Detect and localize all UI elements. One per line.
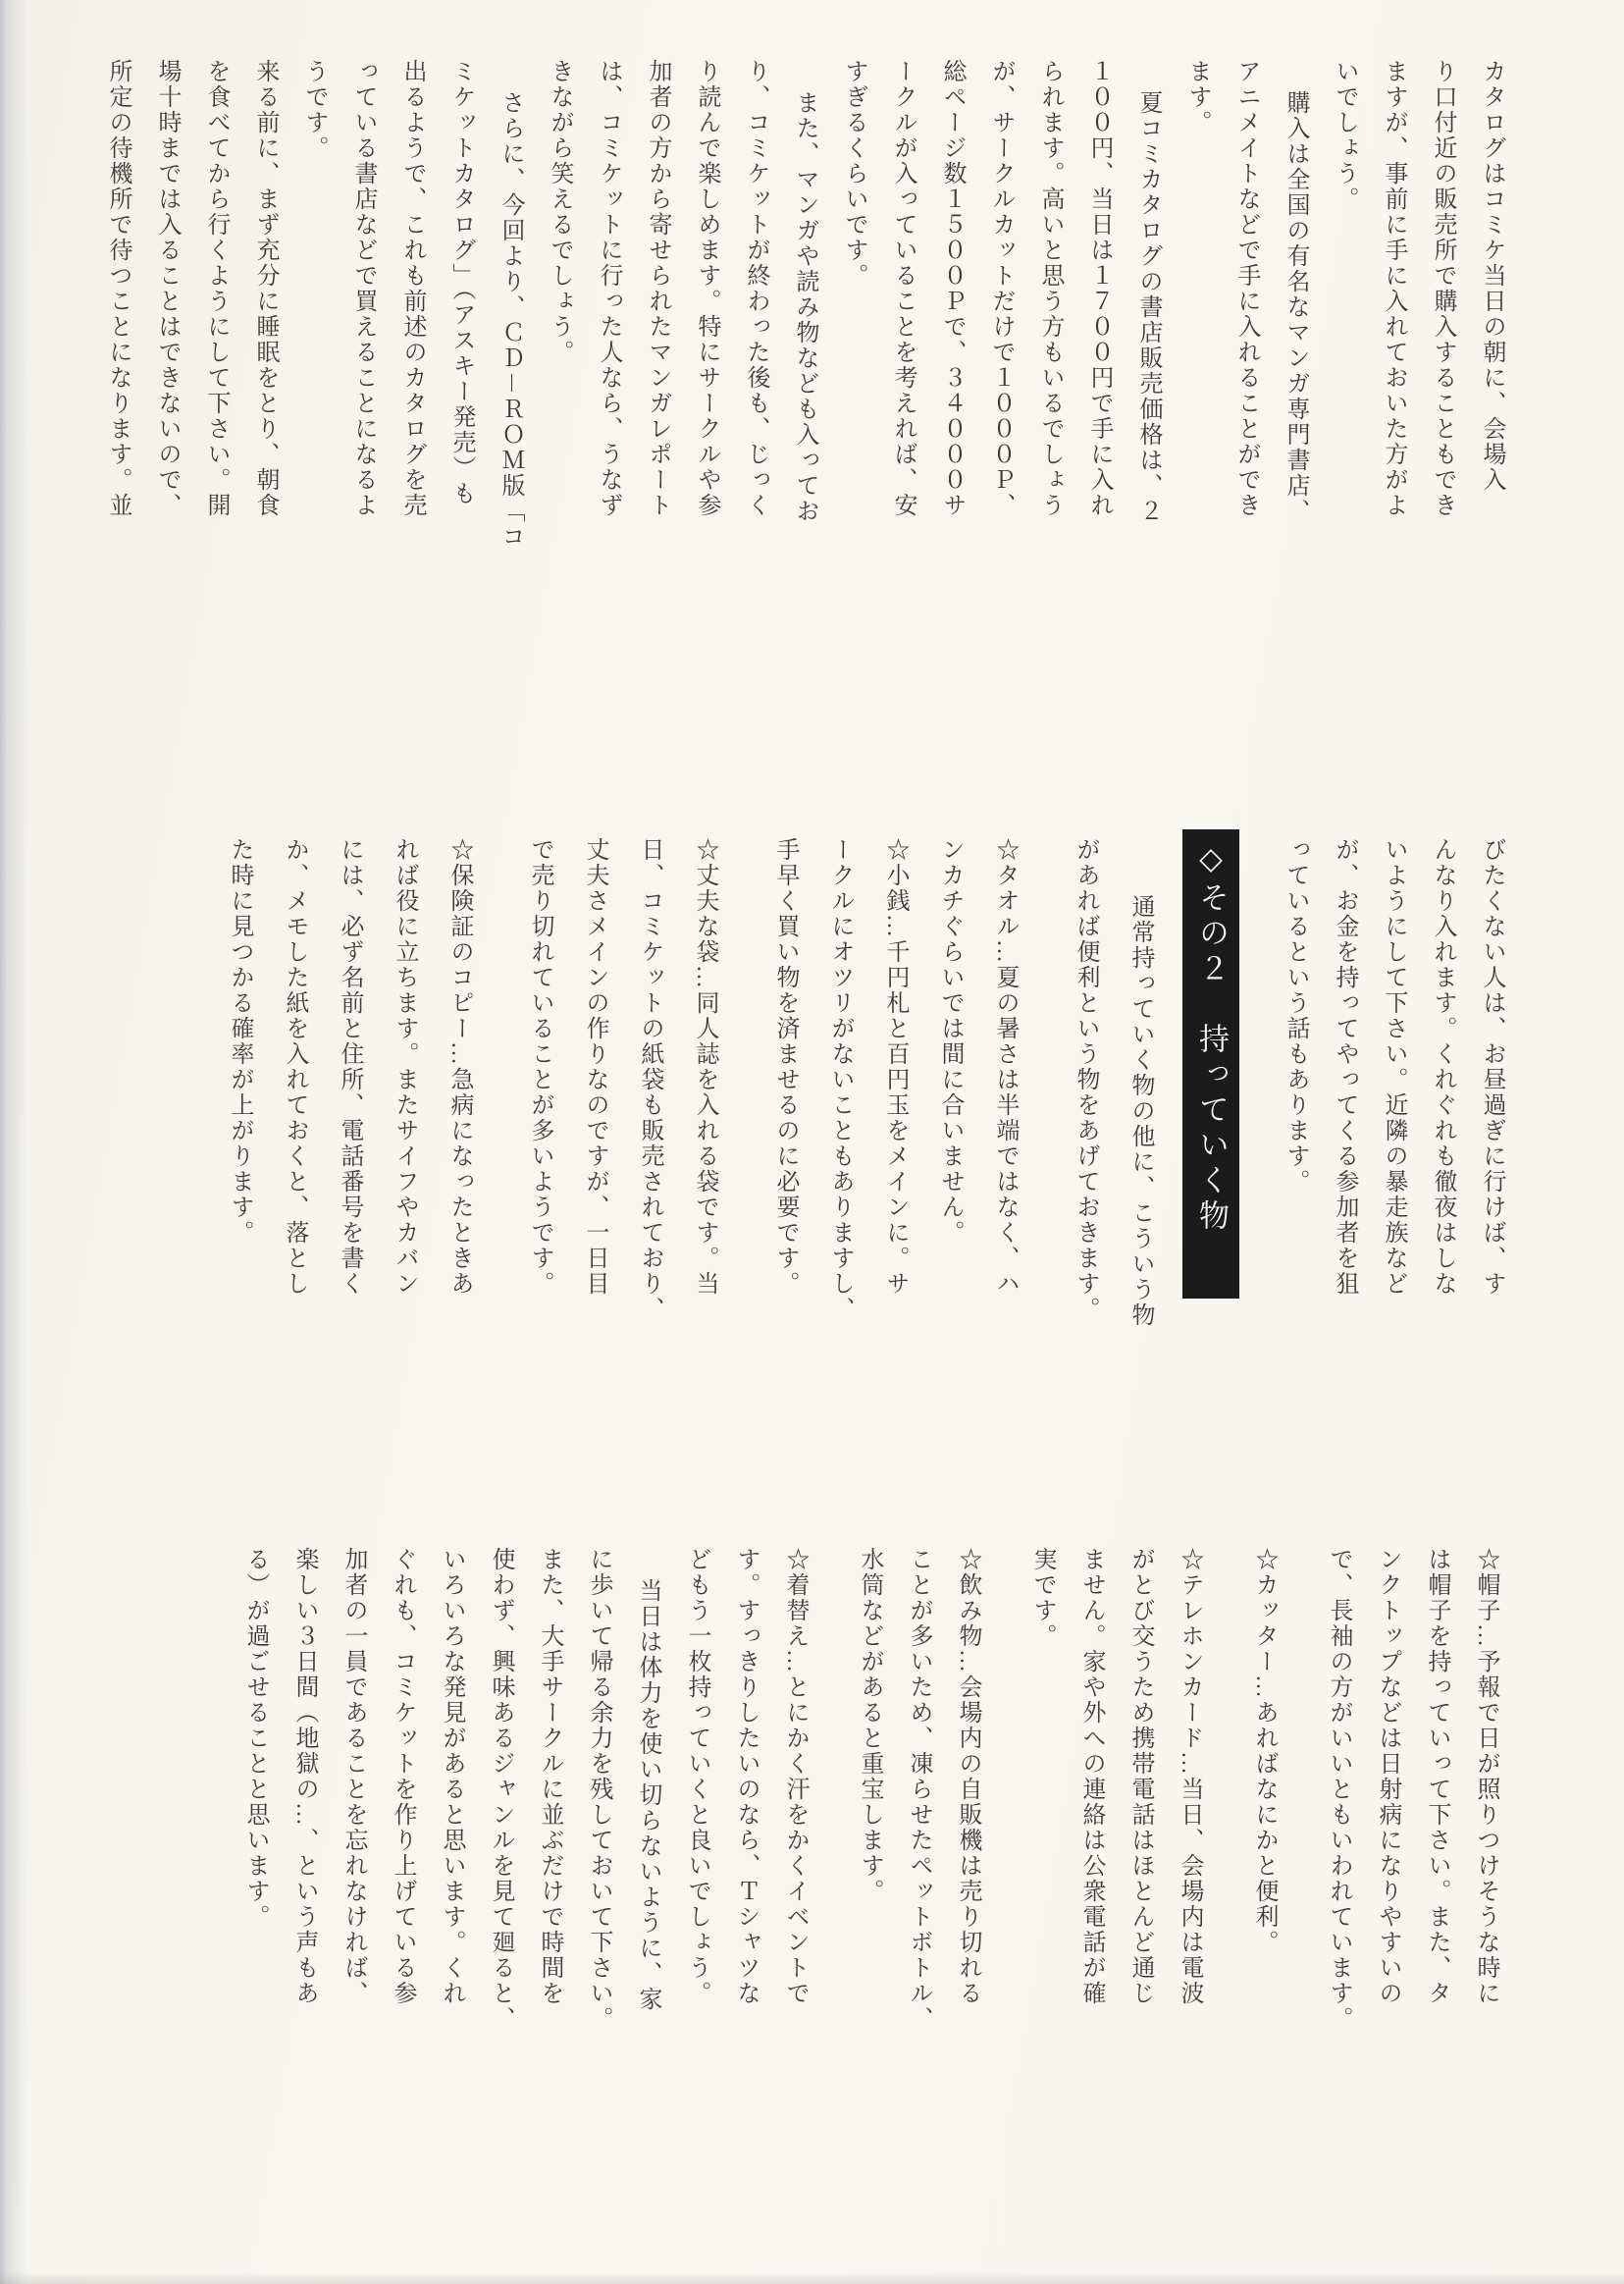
text-column: か、メモした紙を入れておくと、落とし — [282, 837, 307, 1343]
text-column: ンクトップなどは日射病になりやすいの — [1375, 1547, 1400, 2057]
text-column: うです。 — [301, 59, 327, 569]
text-column: 水筒などがあると重宝します。 — [857, 1547, 882, 2057]
text-column: また、マンガや読み物なども入ってお — [792, 59, 817, 569]
text-column: ません。家や外への連絡は公衆電話が確 — [1078, 1547, 1104, 2057]
text-column: ☆カッター…あればなにかと便利。 — [1251, 1547, 1277, 2057]
text-column: ミケットカタログ」（アスキー発売）も — [448, 59, 474, 569]
text-column: 購入は全国の有名なマンガ専門書店、 — [1283, 59, 1308, 569]
text-column: 出るようで、これも前述のカタログを売 — [399, 59, 425, 569]
text-column: す。すっきりしたいのなら、Ｔシャツな — [733, 1547, 759, 2057]
text-column: り口付近の販売所で購入することもでき — [1430, 59, 1455, 569]
text-column: で、長袖の方がいいともいわれています。 — [1326, 1547, 1351, 2057]
text-column: きながら笑えるでしょう。 — [547, 59, 572, 569]
text-column: ことが多いため、凍らせたペットボトル、 — [906, 1547, 931, 2057]
text-column: 加者の方から寄せられたマンガレポート — [645, 59, 670, 569]
text-column: ます。 — [1184, 59, 1210, 569]
text-column: 日、コミケットの紙袋も販売されており、 — [637, 837, 662, 1343]
text-column: ☆テレホンカード…当日、会場内は電波 — [1177, 1547, 1202, 2057]
section2-header-label: ◇その２ 持っていく物 — [1194, 841, 1229, 1235]
text-column: がとび交うため携帯電話はほとんど通じ — [1127, 1547, 1153, 2057]
text-column: 楽しい３日間（地獄の…、という声もあ — [291, 1547, 317, 2057]
text-column: 丈夫さメインの作りなのですが、一日目 — [582, 837, 607, 1343]
paragraph-block-things-to-bring: 通常持っていく物の他に、こういう物があれば便利という物をあげておきます。☆タオル… — [197, 837, 1153, 1343]
text-column: １００円、当日は１７００円で手に入れ — [1086, 59, 1112, 569]
text-column: り読んで楽しめます。特にサークルや参 — [694, 59, 719, 569]
text-column: びたくない人は、お昼過ぎに行けば、す — [1479, 837, 1504, 1338]
text-column: に歩いて帰る余力を残しておいて下さい。 — [586, 1547, 611, 2057]
text-column: ☆丈夫な袋…同人誌を入れる袋です。当 — [692, 837, 717, 1343]
scan-edge-shadow — [0, 0, 29, 2284]
text-column: 夏コミカタログの書店販売価格は、２ — [1135, 59, 1161, 569]
text-column: は、コミケットに行った人なら、うなず — [596, 59, 621, 569]
text-column: ☆タオル…夏の暑さは半端ではなく、ハ — [992, 837, 1018, 1343]
paragraph-block-queue-advice: びたくない人は、お昼過ぎに行けば、すんなり入れます。くれぐれも徹夜はしないように… — [1259, 837, 1504, 1338]
text-column: アニメイトなどで手に入れることができ — [1233, 59, 1259, 569]
text-column: ☆飲み物…会場内の自販機は売り切れる — [955, 1547, 980, 2057]
text-column: ンカチぐらいでは間に合いません。 — [937, 837, 963, 1343]
text-column: り、コミケットが終わった後も、じっく — [743, 59, 768, 569]
text-column: 所定の待機所で待つことになります。並 — [105, 59, 131, 569]
text-column: が、サークルカットだけで１０００Ｐ、 — [988, 59, 1014, 569]
text-column: ークルにオツリがないこともありますし、 — [827, 837, 853, 1343]
text-column: 当日は体力を使い切らないように、家 — [635, 1547, 660, 2057]
text-column: 場十時までは入ることはできないので、 — [154, 59, 180, 569]
text-column: が、お金を持ってやってくる参加者を狙 — [1332, 837, 1357, 1338]
text-column: 使わず、興味あるジャンルを見て廻ると、 — [488, 1547, 513, 2057]
text-column: があれば便利という物をあげておきます。 — [1073, 837, 1098, 1343]
text-column: 通常持っていく物の他に、こういう物 — [1127, 837, 1153, 1343]
scan-edge-bottom-shadow — [0, 2272, 1624, 2284]
text-column: いろいろな発見があると思います。くれ — [439, 1547, 464, 2057]
text-column: で売り切れていることが多いようです。 — [527, 837, 552, 1343]
text-column: は帽子を持っていって下さい。また、タ — [1424, 1547, 1449, 2057]
text-column: どもう一枚持っていくと良いでしょう。 — [684, 1547, 709, 2057]
paragraph-block-bottom-tips: ☆帽子…予報で日が照りつけそうな時には帽子を持っていって下さい。また、タンクトッ… — [219, 1547, 1498, 2057]
text-column: んなり入れます。くれぐれも徹夜はしな — [1430, 837, 1455, 1338]
text-column: っている書店などで買えることになるよ — [350, 59, 376, 569]
text-column: ますが、事前に手に入れておいた方がよ — [1381, 59, 1406, 569]
text-column: すぎるくらいです。 — [841, 59, 866, 569]
text-column: さらに、今回より、ＣＤ－ＲＯＭ版「コ — [498, 59, 523, 569]
text-column: いようにして下さい。近隣の暴走族など — [1381, 837, 1406, 1338]
text-column: ☆着替え…とにかく汗をかくイベントで — [782, 1547, 808, 2057]
text-column: れば役に立ちます。またサイフやカバン — [392, 837, 417, 1343]
text-column: ぐれも、コミケットを作り上げている参 — [390, 1547, 415, 2057]
text-column: 手早く買い物を済ませるのに必要です。 — [772, 837, 798, 1343]
section2-header-box: ◇その２ 持っていく物 — [1182, 829, 1239, 1299]
text-column: 総ページ数１５００Ｐで、３４０００サ — [939, 59, 965, 569]
text-column: には、必ず名前と住所、電話番号を書く — [337, 837, 362, 1343]
text-column: 加者の一員であることを忘れなければ、 — [341, 1547, 366, 2057]
text-column: ☆保険証のコピー…急病になったときあ — [446, 837, 472, 1343]
text-column: っているという話もあります。 — [1283, 837, 1308, 1338]
text-column: 来る前に、まず充分に睡眠をとり、朝食 — [252, 59, 278, 569]
text-column: た時に見つかる確率が上がります。 — [227, 837, 252, 1343]
text-column: を食べてから行くようにして下さい。開 — [203, 59, 229, 569]
text-column: 実です。 — [1029, 1547, 1055, 2057]
text-column: ークルが入っていることを考えれば、安 — [890, 59, 916, 569]
text-column: ☆帽子…予報で日が照りつけそうな時に — [1473, 1547, 1498, 2057]
text-column: また、大手サークルに並ぶだけで時間を — [537, 1547, 562, 2057]
text-column: ☆小銭…千円札と百円玉をメインに。サ — [882, 837, 908, 1343]
text-column: る）が過ごせることと思います。 — [242, 1547, 268, 2057]
text-column: カタログはコミケ当日の朝に、会場入 — [1479, 59, 1504, 569]
paragraph-block-catalog-info: カタログはコミケ当日の朝に、会場入り口付近の販売所で購入することもできますが、事… — [81, 59, 1504, 569]
scanned-page: { "page": { "background": "#f7f5f0", "in… — [0, 0, 1624, 2284]
text-column: られます。高いと思う方もいるでしょう — [1037, 59, 1063, 569]
text-column: いでしょう。 — [1332, 59, 1357, 569]
